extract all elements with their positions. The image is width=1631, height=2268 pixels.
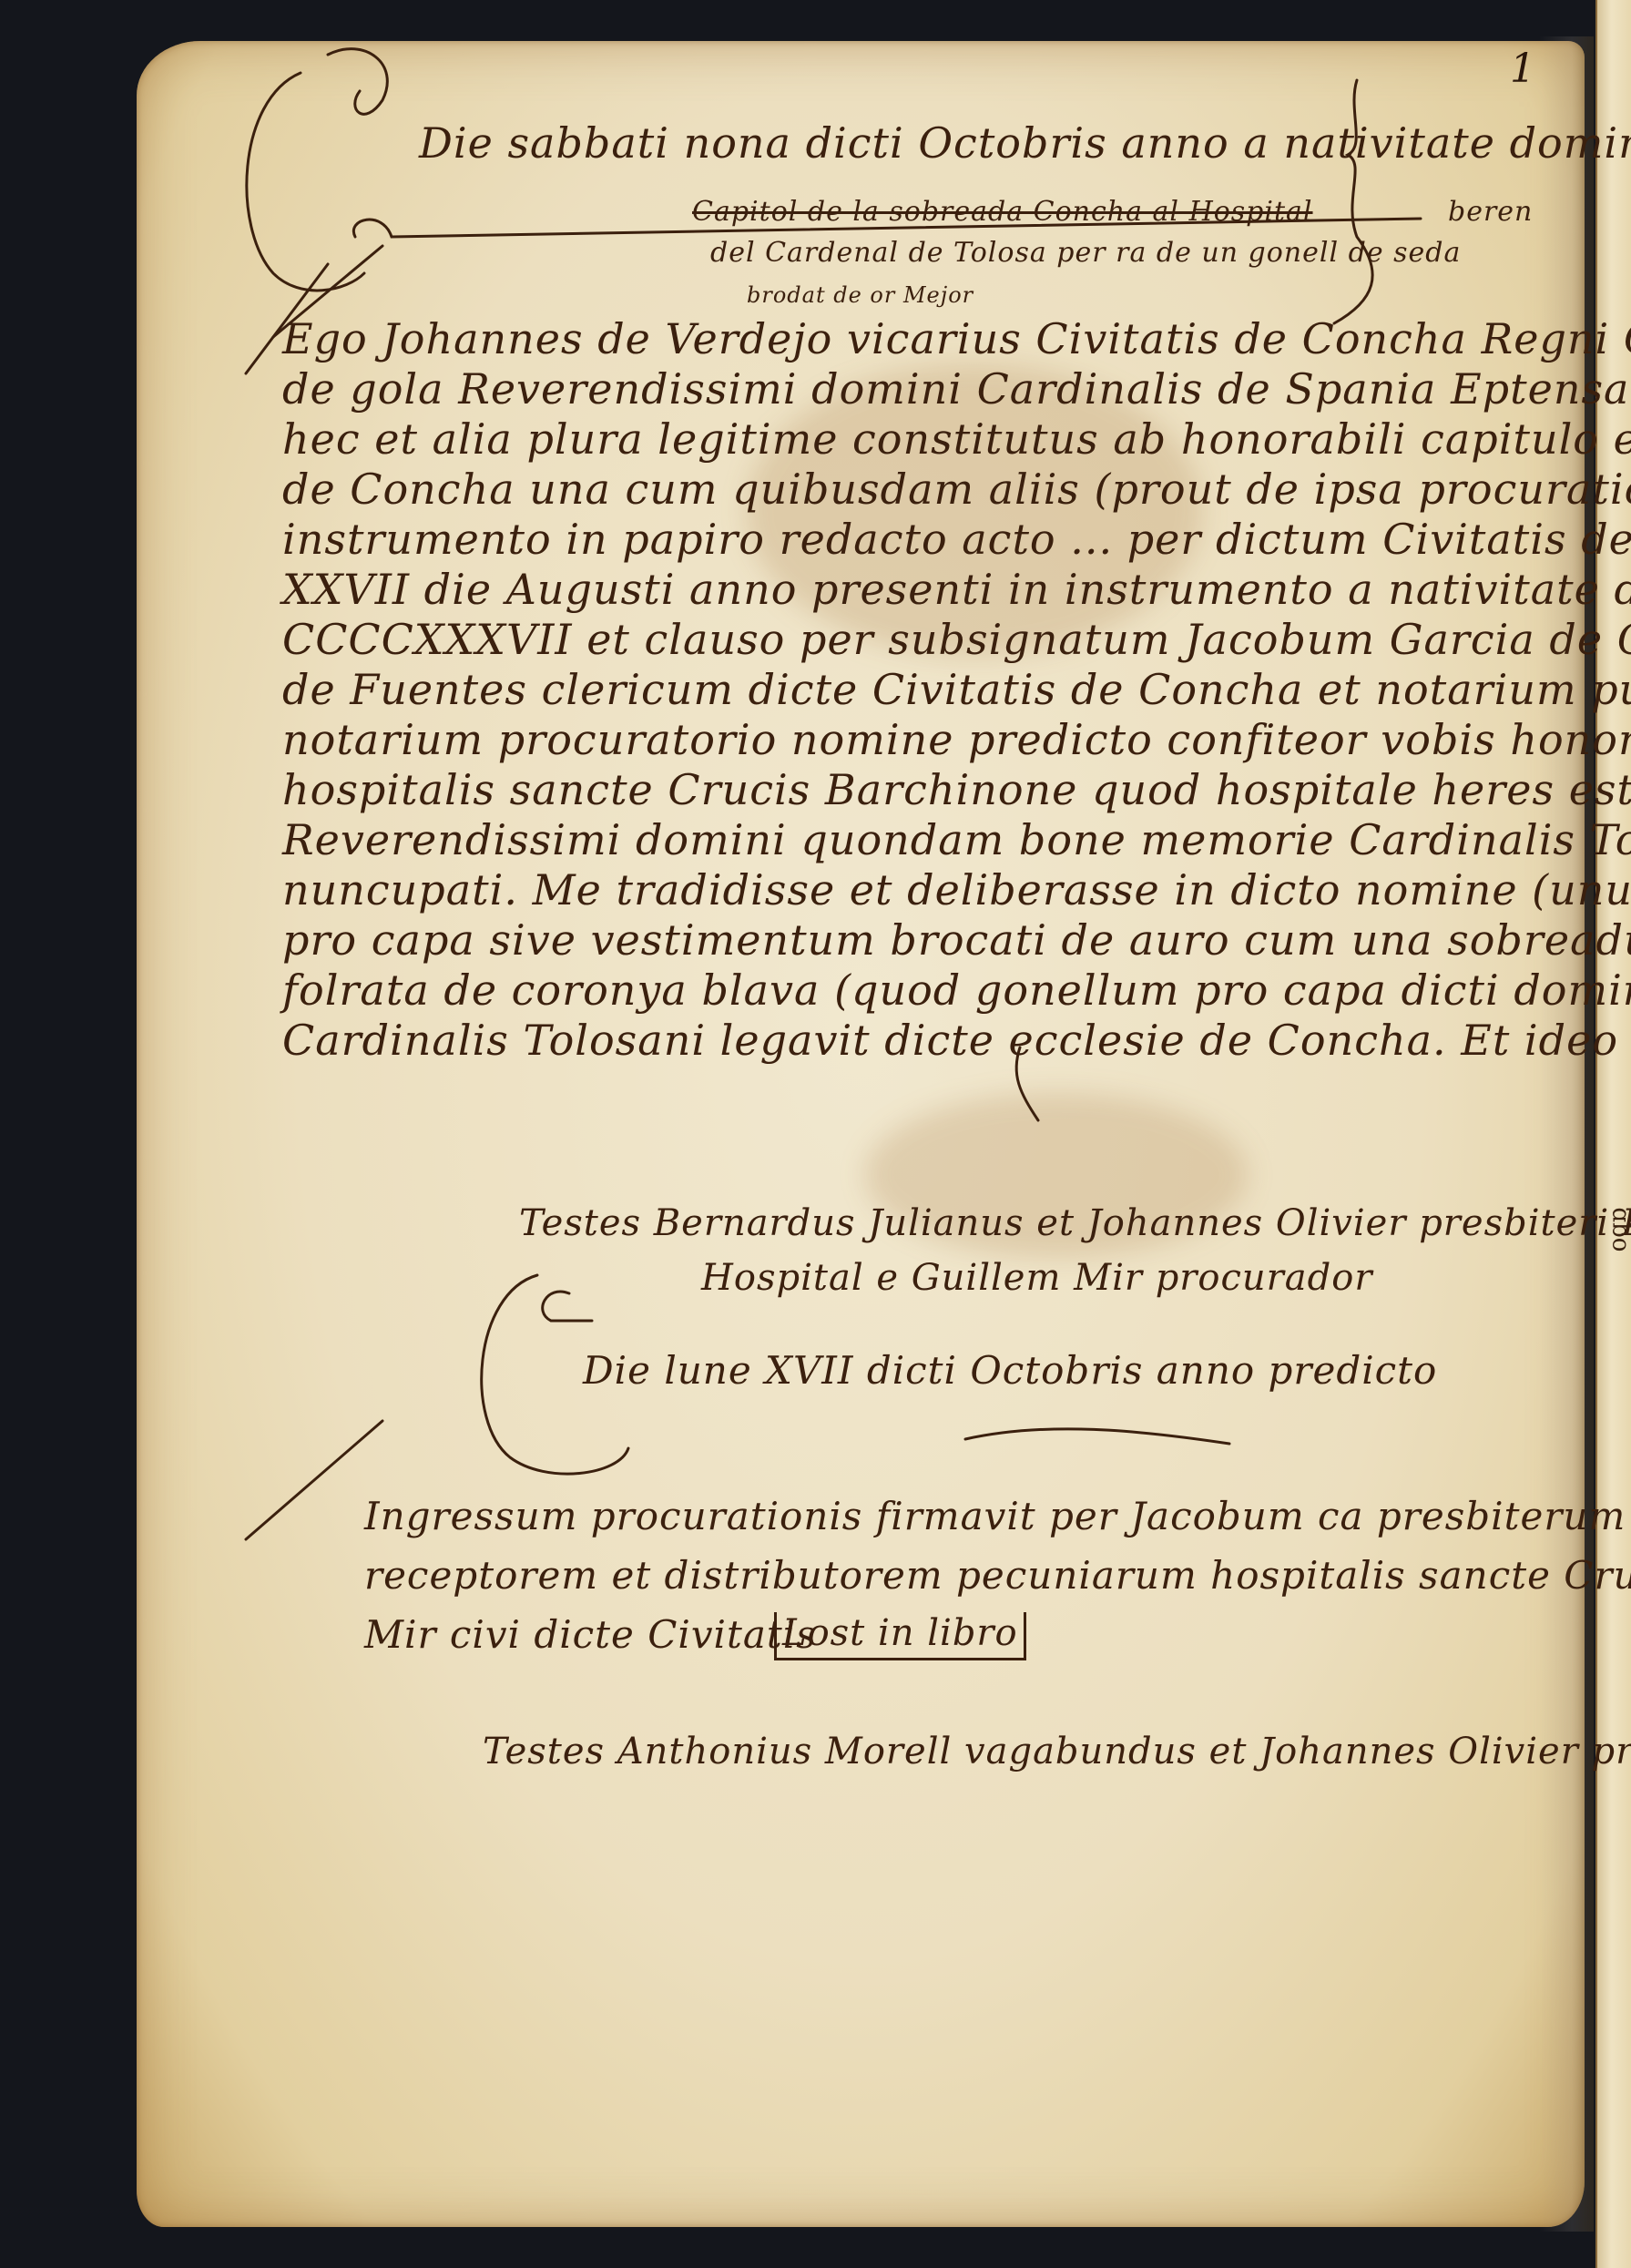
margin-note-line2: del Cardenal de Tolosa per ra de un gone… [710,237,1461,269]
boxed-note: Lost in libro [774,1612,1026,1660]
struck-margin-note: Capitol de la sobreada Concha al Hospita… [692,196,1313,228]
text-line: notarium procuratorio nomine predicto co… [282,715,1631,764]
folio-number: 1 [1510,46,1535,92]
witnesses-line-1: Testes Bernardus Julianus et Johannes Ol… [519,1202,1631,1244]
text-line: hospitalis sancte Crucis Barchinone quod… [282,765,1631,814]
witnesses-line-2: Testes Anthonius Morell vagabundus et Jo… [483,1731,1631,1773]
text-line: hec et alia plura legitime constitutus a… [282,414,1631,464]
text-line: Ingressum procurationis firmavit per Jac… [364,1494,1631,1538]
text-line: pro capa sive vestimentum brocati de aur… [282,915,1631,965]
text-line: Cardinalis Tolosani legavit dicte eccles… [282,1016,1631,1065]
text-line: de gola Reverendissimi domini Cardinalis… [282,364,1631,414]
text-line: de Fuentes clericum dicte Civitatis de C… [282,665,1631,714]
text-line: CCCCXXXVII et clauso per subsignatum Jac… [282,615,1631,664]
text-line: folrata de coronya blava (quod gonellum … [282,965,1631,1015]
text-line: receptorem et distributorem pecuniarum h… [364,1553,1631,1598]
text-line: instrumento in papiro redacto acto ... p… [282,515,1631,564]
date-heading-2: Die lune XVII dicti Octobris anno predic… [583,1348,1437,1393]
text-line: Ego Johannes de Verdejo vicarius Civitat… [282,314,1631,363]
text-line: Mir civi dicte Civitatis [364,1612,817,1657]
text-line: Reverendissimi domini quondam bone memor… [282,815,1631,864]
text-line: de Concha una cum quibusdam aliis (prout… [282,465,1631,514]
interlinear-note: brodat de or Mejor [747,282,974,308]
date-heading-1: Die sabbati nona dicti Octobris anno a n… [419,118,1631,168]
text-line: XXVII die Augusti anno presenti in instr… [282,565,1631,614]
margin-note-right: beren [1448,196,1533,228]
margin-note-hospital: Hospital e Guillem Mir procurador [701,1257,1372,1299]
text-line: nuncupati. Me tradidisse et deliberasse … [282,865,1631,914]
